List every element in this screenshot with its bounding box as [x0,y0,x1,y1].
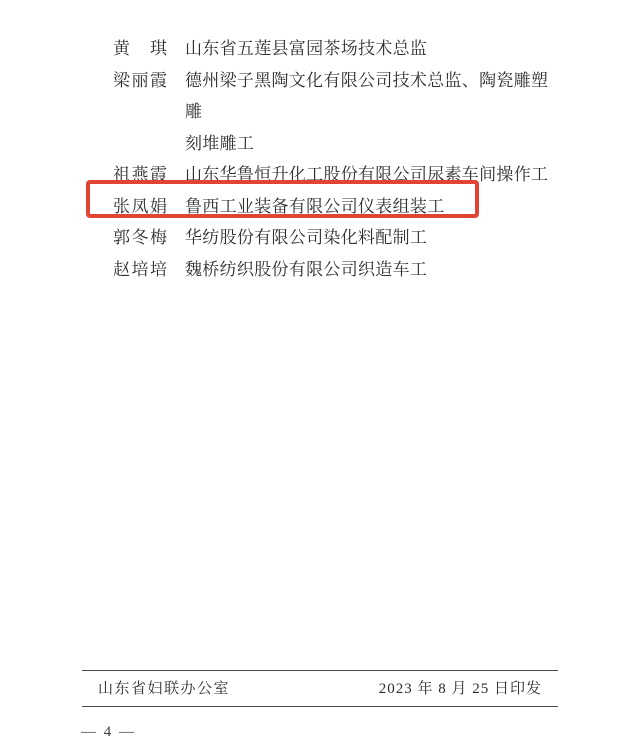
list-item: 赵培培魏桥纺织股份有限公司织造车工 [113,254,573,286]
document-page: 黄 琪山东省五莲县富园茶场技术总监梁丽霞德州梁子黑陶文化有限公司技术总监、陶瓷雕… [0,0,640,754]
person-name: 郭冬梅 [113,222,170,254]
person-title: 德州梁子黑陶文化有限公司技术总监、陶瓷雕塑雕刻堆雕工 [185,65,563,160]
footer-row: 山东省妇联办公室 2023 年 8 月 25 日印发 [98,679,542,699]
person-title: 魏桥纺织股份有限公司织造车工 [185,254,427,286]
print-date: 2023 年 8 月 25 日印发 [379,679,542,699]
issuer-office: 山东省妇联办公室 [98,679,230,699]
person-title: 华纺股份有限公司染化料配制工 [185,222,427,254]
person-title: 山东省五莲县富园茶场技术总监 [185,33,427,65]
person-name: 黄 琪 [113,33,170,65]
entry-list: 黄 琪山东省五莲县富园茶场技术总监梁丽霞德州梁子黑陶文化有限公司技术总监、陶瓷雕… [113,33,573,285]
person-name: 梁丽霞 [113,65,170,97]
list-item: 梁丽霞德州梁子黑陶文化有限公司技术总监、陶瓷雕塑雕刻堆雕工 [113,65,573,160]
page-number: — 4 — [81,724,136,741]
footer-rule-top [82,670,558,671]
list-item-highlighted: 郭冬梅华纺股份有限公司染化料配制工 [113,222,573,254]
person-name: 赵培培 [113,254,170,286]
highlight-box [86,180,479,218]
footer-rule-bottom [82,706,558,707]
list-item: 黄 琪山东省五莲县富园茶场技术总监 [113,33,573,65]
